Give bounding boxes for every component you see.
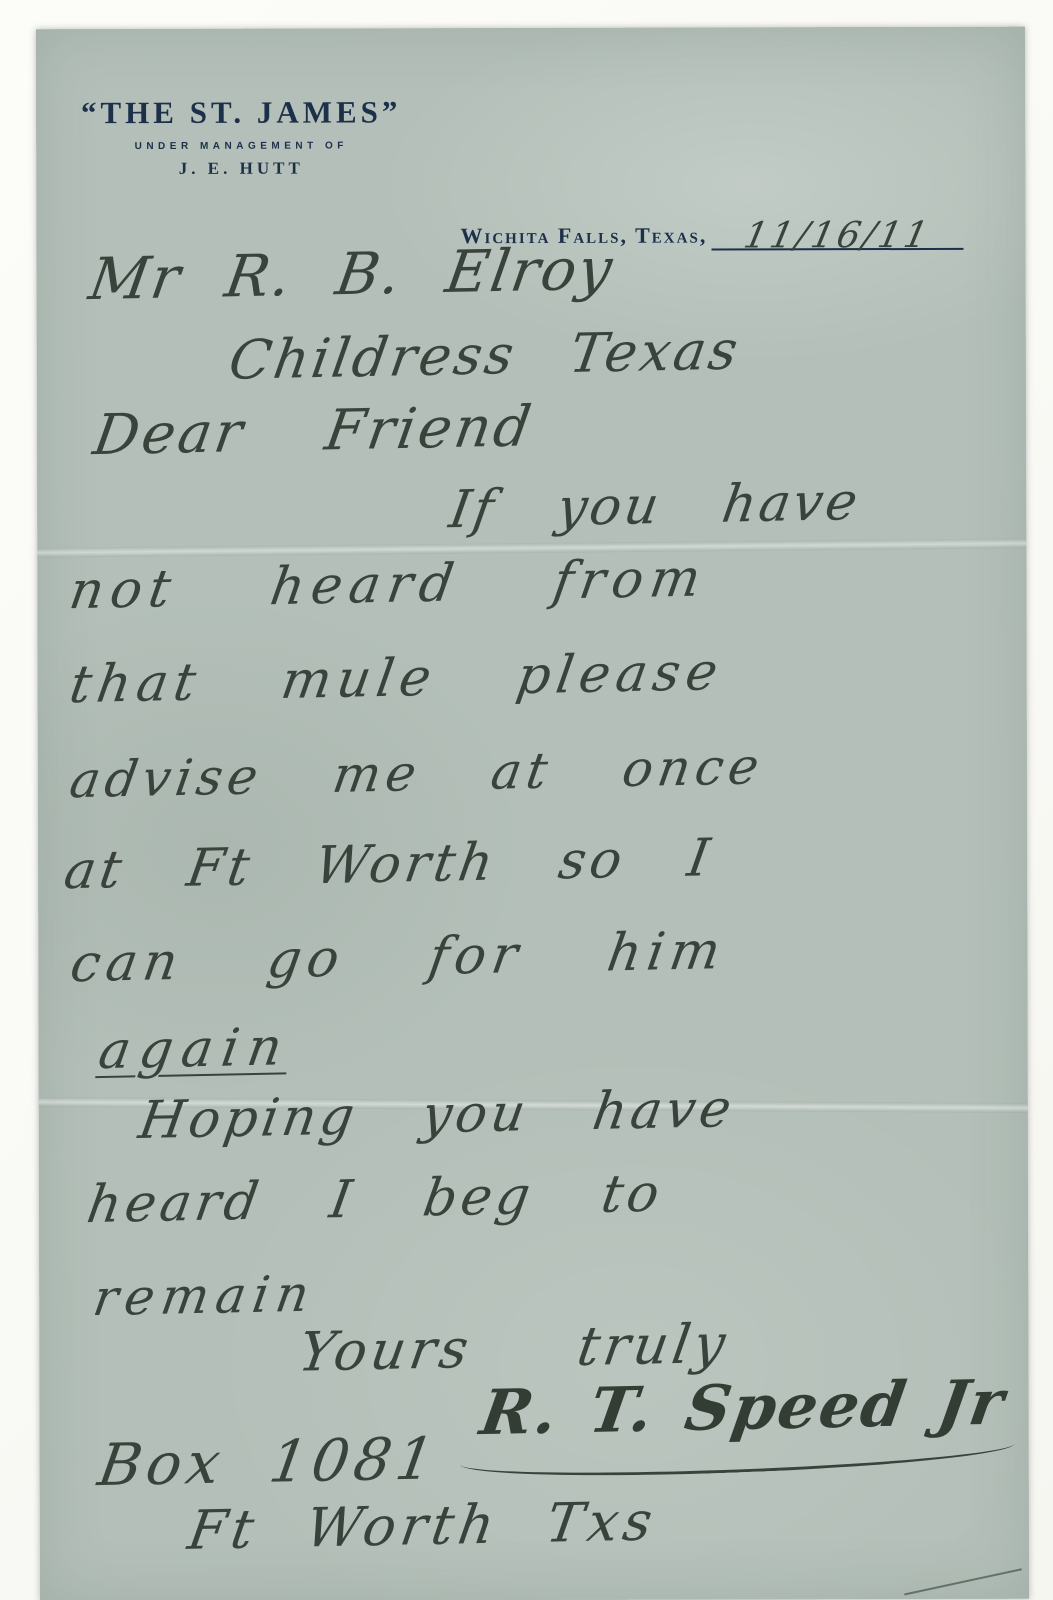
body-line-3: that mule please <box>66 642 728 715</box>
date-rule: 11/16/11 <box>711 207 963 251</box>
body-line-1: If you have <box>445 472 864 540</box>
manager-name: J. E. HUTT <box>66 158 416 179</box>
body-line-10: remain <box>89 1265 320 1327</box>
body-line-6: can go for him <box>66 921 730 994</box>
scan-background: “THE ST. JAMES” UNDER MANAGEMENT OF J. E… <box>0 0 1053 1600</box>
body-line-7: again <box>95 1017 295 1081</box>
recipient-city-line: Childress Texas <box>225 319 745 392</box>
salutation-line: Dear Friend <box>89 394 538 468</box>
body-line-2: not heard from <box>65 548 711 621</box>
recipient-name-line: Mr R. B. Elroy <box>85 235 619 313</box>
sender-address-line-1: Box 1081 <box>94 1424 444 1499</box>
letterhead: “THE ST. JAMES” UNDER MANAGEMENT OF J. E… <box>66 94 416 179</box>
body-line-4: advise me at once <box>66 737 768 809</box>
body-line-8: Hoping you have <box>135 1079 739 1151</box>
management-line: UNDER MANAGEMENT OF <box>66 140 416 152</box>
letter-paper: “THE ST. JAMES” UNDER MANAGEMENT OF J. E… <box>36 27 1029 1600</box>
hotel-name: “THE ST. JAMES” <box>66 94 416 131</box>
body-line-5: at Ft Worth so I <box>60 828 717 901</box>
sender-address-line-2: Ft Worth Txs <box>184 1490 662 1562</box>
corner-fold-mark <box>904 1568 1022 1595</box>
body-line-9: heard I beg to <box>83 1164 667 1236</box>
handwritten-date: 11/16/11 <box>740 215 934 257</box>
